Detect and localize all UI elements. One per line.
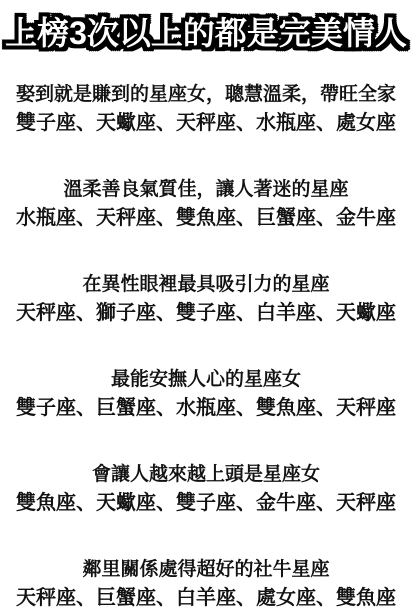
section-6-heading: 鄰里關係處得超好的社牛星座 <box>0 555 412 584</box>
section-5-heading: 會讓人越來越上頭是星座女 <box>0 460 412 489</box>
section-1: 娶到就是賺到的星座女，聰慧溫柔，帶旺全家 雙子座、天蠍座、天秤座、水瓶座、處女座 <box>0 80 412 138</box>
section-4: 最能安撫人心的星座女 雙子座、巨蟹座、水瓶座、雙魚座、天秤座 <box>0 365 412 423</box>
section-6: 鄰里關係處得超好的社牛星座 天秤座、巨蟹座、白羊座、處女座、雙魚座 <box>0 555 412 613</box>
section-2-heading: 溫柔善良氣質佳，讓人著迷的星座 <box>0 175 412 204</box>
section-6-signs: 天秤座、巨蟹座、白羊座、處女座、雙魚座 <box>0 584 412 613</box>
sections-list: 娶到就是賺到的星座女，聰慧溫柔，帶旺全家 雙子座、天蠍座、天秤座、水瓶座、處女座… <box>0 80 412 613</box>
infographic-page: 上榜3次以上的都是完美情人 娶到就是賺到的星座女，聰慧溫柔，帶旺全家 雙子座、天… <box>0 0 412 616</box>
section-5-signs: 雙魚座、天蠍座、雙子座、金牛座、天秤座 <box>0 489 412 518</box>
section-1-heading: 娶到就是賺到的星座女，聰慧溫柔，帶旺全家 <box>0 80 412 109</box>
section-3-heading: 在異性眼裡最具吸引力的星座 <box>0 270 412 299</box>
section-4-heading: 最能安撫人心的星座女 <box>0 365 412 394</box>
section-4-signs: 雙子座、巨蟹座、水瓶座、雙魚座、天秤座 <box>0 394 412 423</box>
section-3-signs: 天秤座、獅子座、雙子座、白羊座、天蠍座 <box>0 299 412 328</box>
section-3: 在異性眼裡最具吸引力的星座 天秤座、獅子座、雙子座、白羊座、天蠍座 <box>0 270 412 328</box>
section-2-signs: 水瓶座、天秤座、雙魚座、巨蟹座、金牛座 <box>0 204 412 233</box>
section-1-signs: 雙子座、天蠍座、天秤座、水瓶座、處女座 <box>0 109 412 138</box>
section-5: 會讓人越來越上頭是星座女 雙魚座、天蠍座、雙子座、金牛座、天秤座 <box>0 460 412 518</box>
page-title: 上榜3次以上的都是完美情人 <box>0 10 412 56</box>
section-2: 溫柔善良氣質佳，讓人著迷的星座 水瓶座、天秤座、雙魚座、巨蟹座、金牛座 <box>0 175 412 233</box>
